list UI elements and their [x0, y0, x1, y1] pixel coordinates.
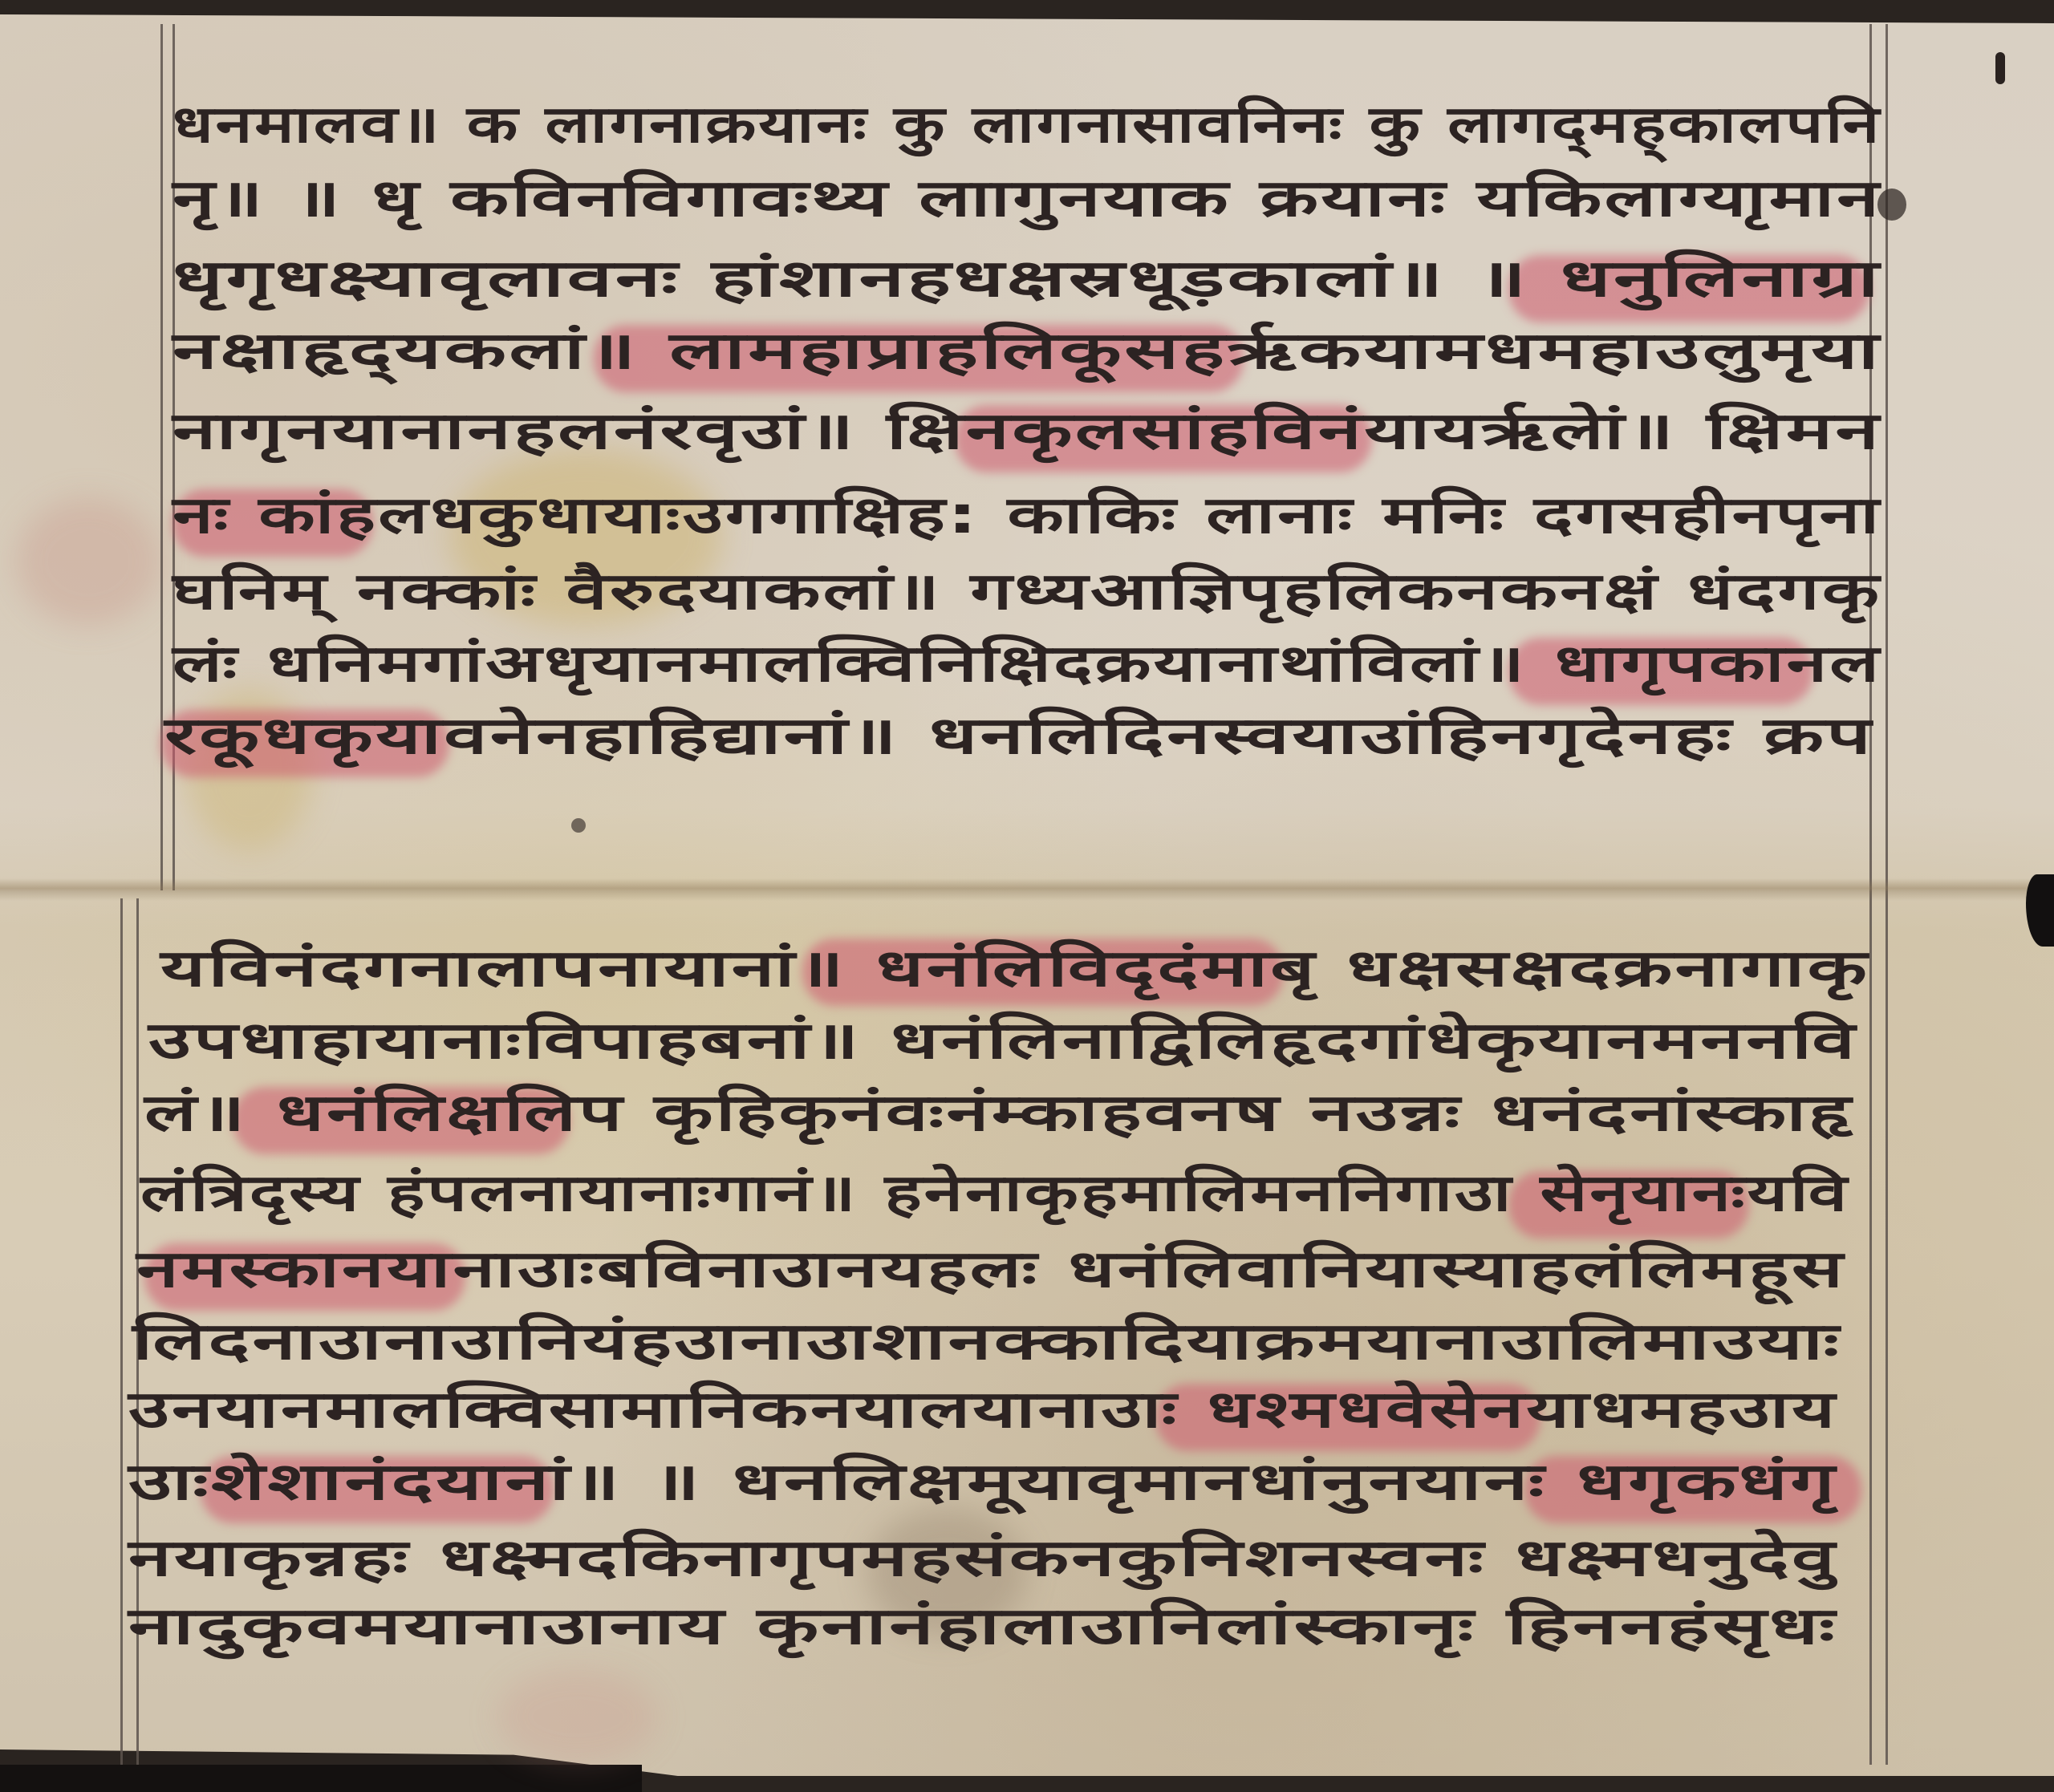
manuscript-line: धनमालव॥ क लागनाक्रयानः कु लागनासावनिनः क… [0, 87, 2054, 164]
line-text: नयाकृन्नहः धक्ष्मदकिनागृपमहसंकनकुनिशनस्व… [128, 1520, 1837, 1597]
line-text: लंः धनिमगांअधृयानमालक्विनिक्षिदक्रयानाथा… [173, 626, 1881, 703]
line-text: नः कांहलधकुधायाःउगगाक्षिह: काकिः लानाः म… [173, 477, 1881, 554]
manuscript-line: नादुकृवमयानाउानाय कृनानंहालाउानिलांस्कान… [0, 1588, 2054, 1665]
ink-mark [1995, 52, 2005, 84]
background-shadow [0, 1765, 642, 1792]
line-text: रकूधकृयावनेनहाहिद्यानां॥ धनलिदिनस्वयाउां… [164, 698, 1873, 775]
manuscript-line: उपधाहायानाःविपाहबनां॥ धनंलिनाद्विलिहृदगा… [0, 1003, 2054, 1080]
line-text: उनयानमालक्विसामानिकनयालयानाउाः धश्मधवेसे… [128, 1372, 1837, 1449]
line-text: उपधाहायानाःविपाहबनां॥ धनंलिनाद्विलिहृदगा… [148, 1003, 1857, 1080]
line-text: लं॥ धनंलिक्षलिप कृहिकृनंवःनंम्काहवनष नउन… [144, 1075, 1853, 1152]
line-text: नक्षाहृद्‌यकलां॥ लामहाप्राहलिकूसहरृकयामध… [173, 313, 1881, 390]
manuscript-line: नागृनयानानहलनंरवृउां॥ क्षिनकृलसांहविनंया… [0, 393, 2054, 470]
line-text: नृ॥ ॥ धृ कविनविगावःथ्य लाागुनयाक क्रयानः… [173, 160, 1881, 237]
manuscript-line: लं॥ धनंलिक्षलिप कृहिकृनंवःनंम्काहवनष नउन… [0, 1075, 2054, 1152]
line-text: नागृनयानानहलनंरवृउां॥ क्षिनकृलसांहविनंया… [173, 393, 1881, 470]
manuscript-line: नमस्कानयानाउाःबविनाउानयहलः धनंलिवानियास्… [0, 1231, 2054, 1308]
paper-fold-crease [0, 878, 2054, 901]
manuscript-line: यविनंदगनालापनायानां॥ धनंलिविदृदंमाबृ धक्… [0, 930, 2054, 1007]
manuscript-line: लंत्रिदृस्य हंपलनायानाःगानं॥ हनेनाकृहमाल… [0, 1155, 2054, 1232]
manuscript-line: नयाकृन्नहः धक्ष्मदकिनागृपमहसंकनकुनिशनस्व… [0, 1520, 2054, 1597]
manuscript-photo: धनमालव॥ क लागनाक्रयानः कु लागनासावनिनः क… [0, 0, 2054, 1792]
line-text: धृगृधक्ष्यावृलावनः हांशानहधक्षस्रधूड़काल… [173, 241, 1881, 318]
manuscript-line: धृगृधक्ष्यावृलावनः हांशानहधक्षस्रधूड़काल… [0, 241, 2054, 318]
manuscript-line: घनिम् नक्कांः वैरुदयाकलां॥ गध्यआज्ञिपृहल… [0, 553, 2054, 630]
manuscript-line: नक्षाहृद्‌यकलां॥ लामहाप्राहलिकूसहरृकयामध… [0, 313, 2054, 390]
manuscript-line: उनयानमालक्विसामानिकनयालयानाउाः धश्मधवेसे… [0, 1372, 2054, 1449]
manuscript-line: रकूधकृयावनेनहाहिद्यानां॥ धनलिदिनस्वयाउां… [0, 698, 2054, 775]
manuscript-line: उाःशेशानंदयानां॥ ॥ धनलिक्षमूयावृमानधांनु… [0, 1444, 2054, 1521]
pink-stain [497, 1668, 658, 1765]
line-text: यविनंदगनालापनायानां॥ धनंलिविदृदंमाबृ धक्… [160, 930, 1869, 1007]
manuscript-line: लिदनाउानाउानियंहउानाउाशानक्कादियाक्रमयान… [0, 1303, 2054, 1380]
manuscript-line: नृ॥ ॥ धृ कविनविगावःथ्य लाागुनयाक क्रयानः… [0, 160, 2054, 237]
line-text: नादुकृवमयानाउानाय कृनानंहालाउानिलांस्कान… [128, 1588, 1837, 1665]
line-text: लंत्रिदृस्य हंपलनायानाःगानं॥ हनेनाकृहमाल… [140, 1155, 1849, 1232]
manuscript-line: लंः धनिमगांअधृयानमालक्विनिक्षिदक्रयानाथा… [0, 626, 2054, 703]
line-text: घनिम् नक्कांः वैरुदयाकलां॥ गध्यआज्ञिपृहल… [173, 553, 1881, 630]
line-text: नमस्कानयानाउाःबविनाउानयहलः धनंलिवानियास्… [136, 1231, 1845, 1308]
manuscript-line: नः कांहलधकुधायाःउगगाक्षिह: काकिः लानाः म… [0, 477, 2054, 554]
ink-drip [571, 818, 586, 833]
line-text: लिदनाउानाउानियंहउानाउाशानक्कादियाक्रमयान… [132, 1303, 1841, 1380]
line-text: उाःशेशानंदयानां॥ ॥ धनलिक्षमूयावृमानधांनु… [128, 1444, 1837, 1521]
line-text: धनमालव॥ क लागनाक्रयानः कु लागनासावनिनः क… [173, 87, 1881, 164]
